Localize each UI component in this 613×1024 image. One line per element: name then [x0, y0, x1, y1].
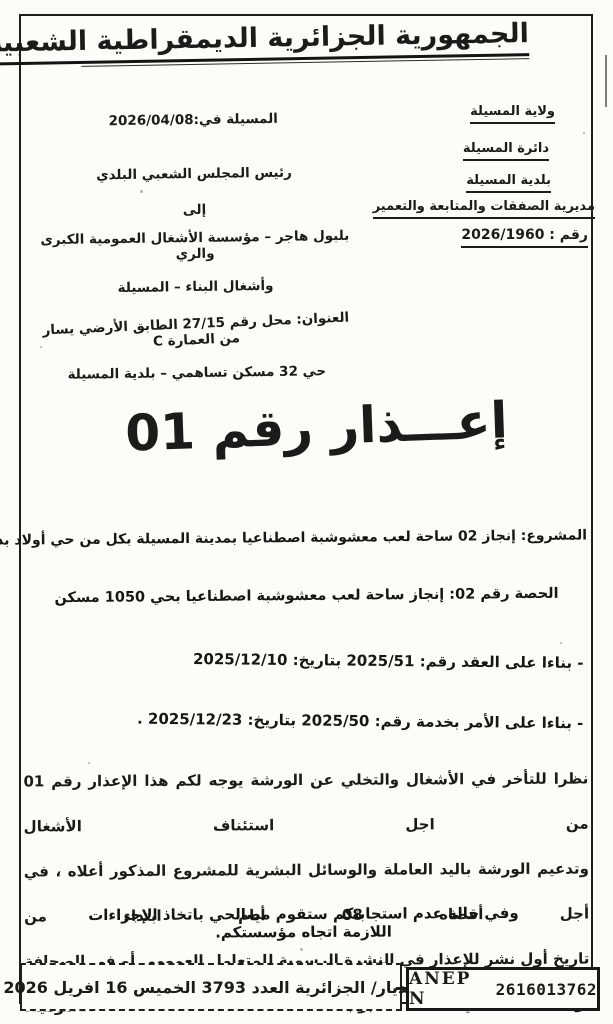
newspaper-credit-box: الديار/ الجزائرية العدد 3793 الخميس 16 ا…	[20, 963, 402, 1011]
anep-box: ANEP N 2616013762	[406, 967, 600, 1011]
closing-line: وفي حالة عدم استجابتكم ستقوم مصالحي باتخ…	[72, 904, 535, 942]
scan-speck	[88, 762, 90, 764]
correspondence-block: المسيلة في:2026/04/08 رئيس المجلس الشعبي…	[28, 110, 362, 384]
scan-edge-artifact	[605, 55, 607, 107]
scanned-notice-page: الجمهورية الجزائرية الديمقراطية الشعبية …	[0, 0, 613, 1024]
scan-speck	[140, 190, 143, 193]
scan-speck	[300, 948, 303, 951]
notice-paragraph-line: نظرا للتأخر في الأشغال والتخلي عن الورشة…	[23, 757, 588, 850]
issuer-title: رئيس المجلس الشعبي البلدي	[29, 164, 359, 185]
newspaper-credit: الديار/ الجزائرية العدد 3793 الخميس 16 ا…	[3, 978, 418, 997]
scan-speck	[40, 346, 42, 348]
republic-title: الجمهورية الجزائرية الديمقراطية الشعبية	[81, 18, 530, 67]
recipient-name-line: بلبول هاجر – مؤسسة الأشغال العمومية الكب…	[30, 228, 360, 265]
issuer-line-commune: بلدية المسيلة	[347, 173, 597, 193]
scan-speck	[583, 132, 585, 134]
recipient-name-line2: وأشغال البناء – المسيلة	[30, 277, 360, 298]
issuer-line-wilaya: ولاية المسيلة	[347, 104, 597, 124]
anep-label: ANEP N	[409, 969, 484, 1009]
reference-number: رقم : 2026/1960	[347, 227, 597, 248]
issuer-line-directorate: مديرية الصفقات والمتابعة والتعمير	[347, 199, 597, 219]
to-label: إلى	[29, 200, 359, 221]
scan-speck	[560, 642, 562, 644]
issuer-line-daira: دائرة المسيلة	[347, 141, 597, 161]
recipient-address-line: العنوان: محل رقم 27/15 الطابق الأرضي يسا…	[31, 309, 362, 355]
letter-date: المسيلة في:2026/04/08	[28, 110, 358, 131]
anep-number: 2616013762	[496, 980, 597, 999]
issuer-block: ولاية المسيلة دائرة المسيلة بلدية المسيل…	[347, 104, 597, 248]
republic-title-text: الجمهورية الجزائرية الديمقراطية الشعبية	[0, 18, 529, 65]
